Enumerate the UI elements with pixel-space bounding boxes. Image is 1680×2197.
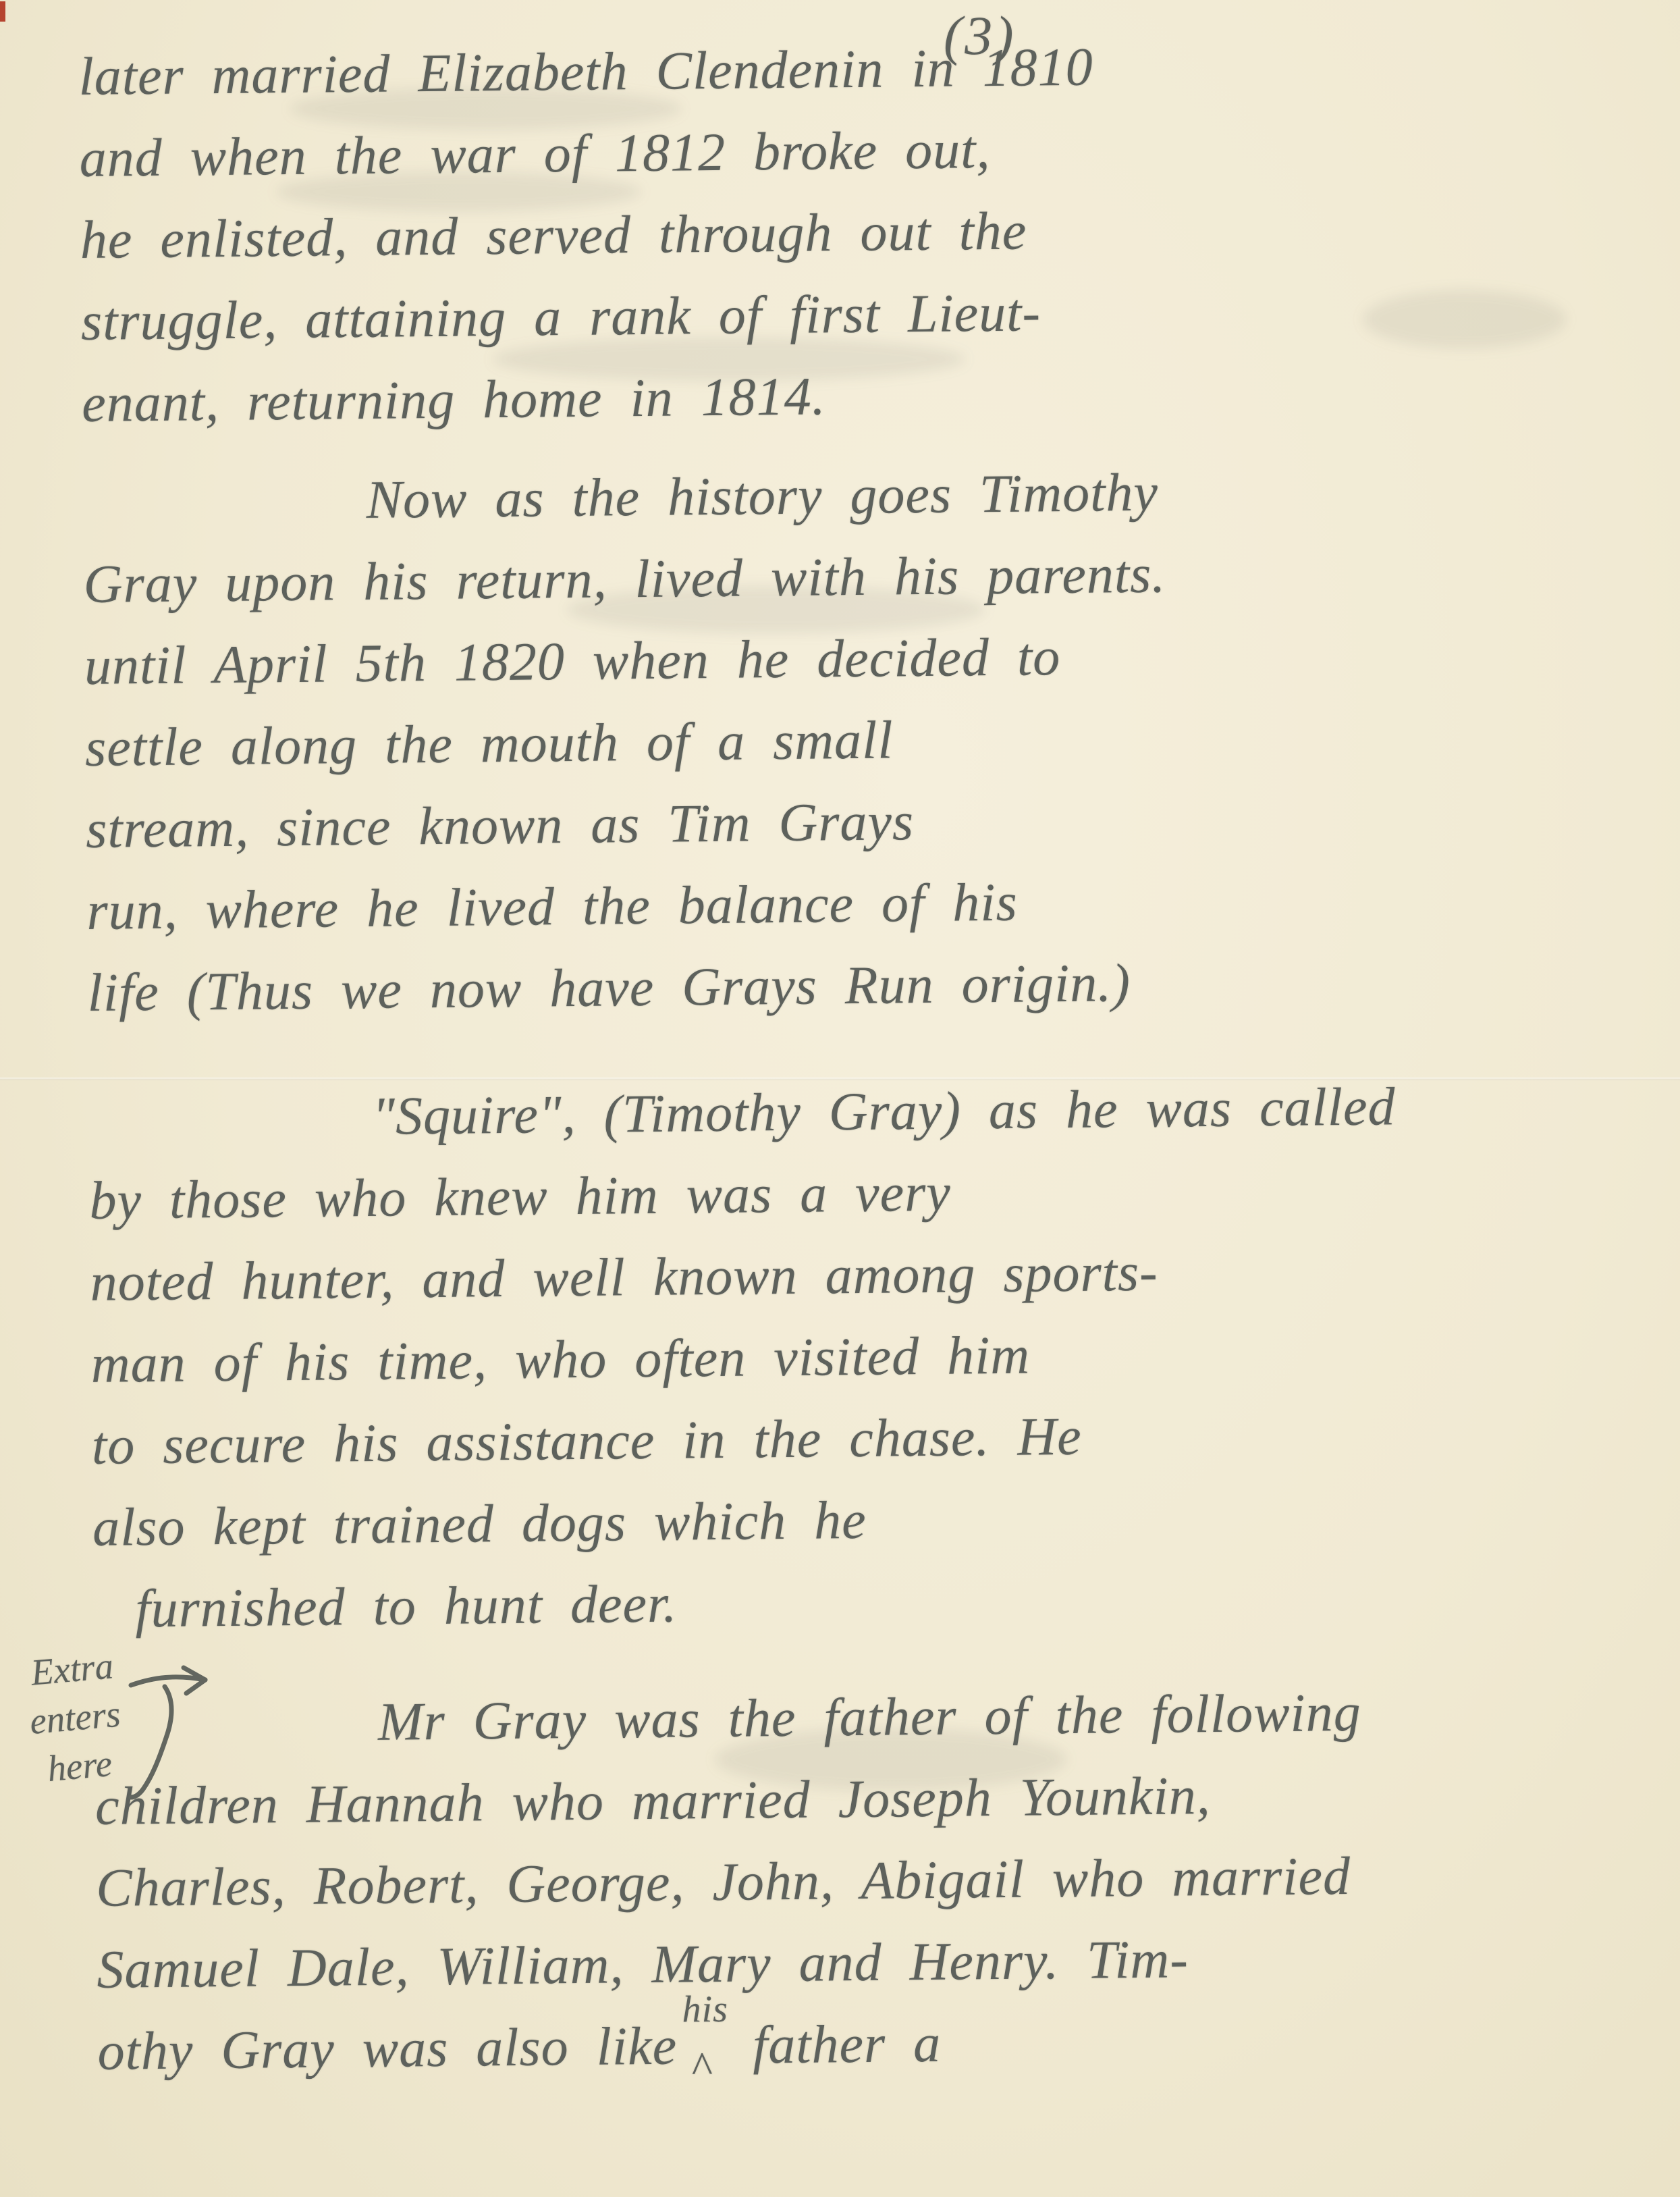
text-line: children Hannah who married Joseph Younk…: [95, 1751, 1669, 1848]
text-line: Samuel Dale, William, Mary and Henry. Ti…: [97, 1915, 1670, 2011]
text-line: noted hunter, and well known among sport…: [90, 1227, 1663, 1324]
text-line: "Squire", (Timothy Gray) as he was calle…: [88, 1064, 1662, 1161]
paragraph: Now as the history goes Timothy Gray upo…: [82, 448, 1660, 1034]
text-line: life (Thus we now have Grays Run origin.…: [87, 938, 1660, 1034]
text-line: Charles, Robert, George, John, Abigail w…: [96, 1833, 1669, 1930]
text-line: struggle, attaining a rank of first Lieu…: [80, 267, 1654, 363]
text-line: and when the war of 1812 broke out,: [79, 103, 1652, 200]
text-line: also kept trained dogs which he: [92, 1473, 1666, 1569]
margin-note-line: enters: [28, 1690, 122, 1746]
margin-note-line: here: [45, 1738, 126, 1793]
paragraph: "Squire", (Timothy Gray) as he was calle…: [88, 1064, 1667, 1651]
text-line: enant, returning home in 1814.: [82, 348, 1655, 445]
text-segment: othy Gray was also like: [97, 2017, 677, 2082]
text-line: later married Elizabeth Clendenin in 181…: [78, 22, 1652, 118]
text-line: to secure his assistance in the chase. H…: [91, 1391, 1664, 1487]
text-line: Mr Gray was the father of the following: [94, 1670, 1667, 1766]
text-line: Now as the history goes Timothy: [82, 448, 1656, 544]
insertion-arrow-icon: [126, 1637, 267, 1805]
paragraph: Mr Gray was the father of the following …: [94, 1670, 1671, 2093]
text-segment: father a: [753, 2014, 942, 2075]
inserted-word: his: [682, 1990, 728, 2029]
text-line: by those who knew him was a very: [89, 1146, 1662, 1242]
insertion-caret: ^: [690, 2046, 710, 2090]
paragraph: later married Elizabeth Clendenin in 181…: [78, 22, 1655, 445]
text-line: furnished to hunt deer.: [93, 1554, 1667, 1651]
text-line: settle along the mouth of a small: [85, 693, 1658, 789]
text-line: he enlisted, and served through out the: [80, 185, 1653, 282]
margin-note-line: Extra: [29, 1641, 118, 1697]
text-line: stream, since known as Tim Grays: [86, 774, 1659, 871]
margin-note: Extra enters here: [29, 1641, 127, 1794]
scan-edge-artifact: [0, 1, 5, 22]
manuscript-body: later married Elizabeth Clendenin in 181…: [78, 22, 1671, 2093]
inline-insertion: his^: [677, 2063, 753, 2064]
text-line: man of his time, who often visited him: [90, 1309, 1664, 1406]
text-line: Gray upon his return, lived with his par…: [83, 529, 1656, 626]
text-line: run, where he lived the balance of his: [86, 856, 1660, 953]
text-line: until April 5th 1820 when he decided to: [84, 611, 1657, 708]
text-line-with-insertion: othy Gray was also likehis^father a: [97, 1996, 1671, 2092]
